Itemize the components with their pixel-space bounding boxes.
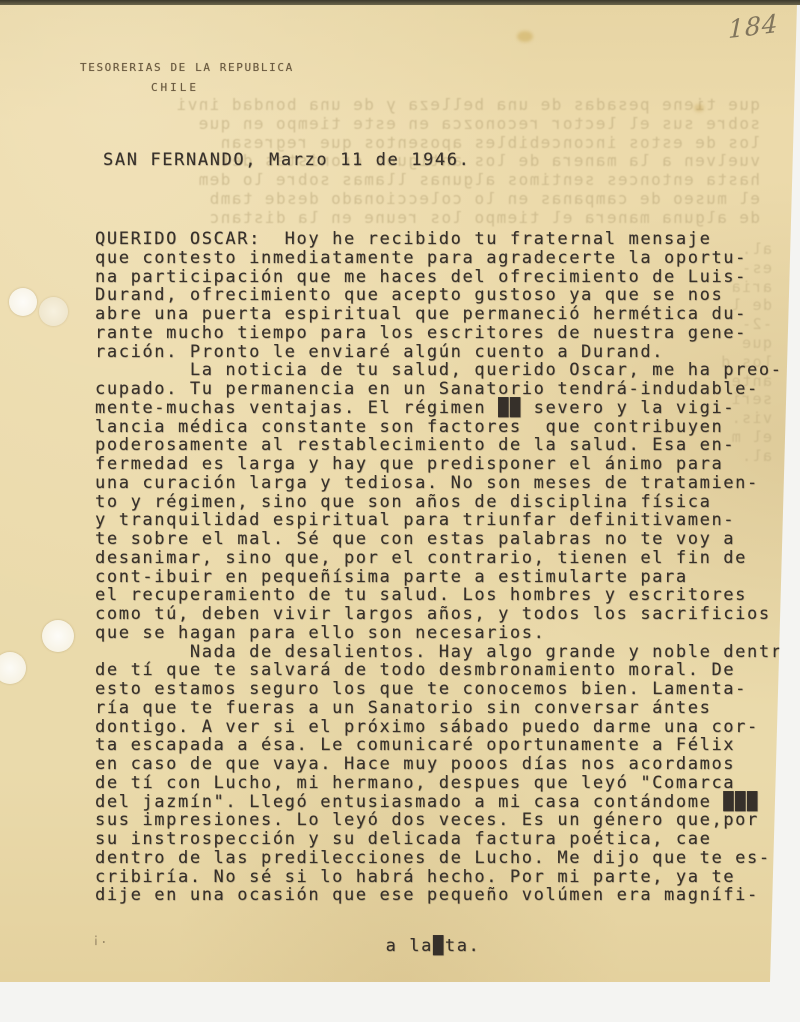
footer-continuation-note: a la█ta.: [95, 936, 771, 956]
margin-mark: ¡.: [92, 932, 108, 947]
letterhead-org: TESORERIAS DE LA REPUBLICA: [80, 61, 270, 74]
punch-hole: [39, 297, 68, 326]
letter-body: QUERIDO OSCAR: Hoy he recibido tu frater…: [95, 230, 785, 905]
paper-stain: [694, 104, 704, 112]
punch-hole: [9, 288, 37, 316]
paper-stain: [517, 31, 533, 42]
letterhead: TESORERIAS DE LA REPUBLICA CHILE: [80, 61, 270, 94]
handwritten-page-number: 184: [728, 9, 779, 44]
paper-sheet: que tiene pesadas de una belleza y de un…: [0, 4, 797, 982]
letterhead-country: CHILE: [80, 81, 270, 94]
punch-hole: [0, 652, 26, 684]
scan-edge: [0, 0, 800, 5]
dateline: SAN FERNANDO, Marzo 11 de 1946.: [103, 150, 471, 170]
scanned-document-view: { "scan": { "background_color": "#f4f4f2…: [0, 0, 800, 1022]
punch-hole: [42, 620, 74, 652]
